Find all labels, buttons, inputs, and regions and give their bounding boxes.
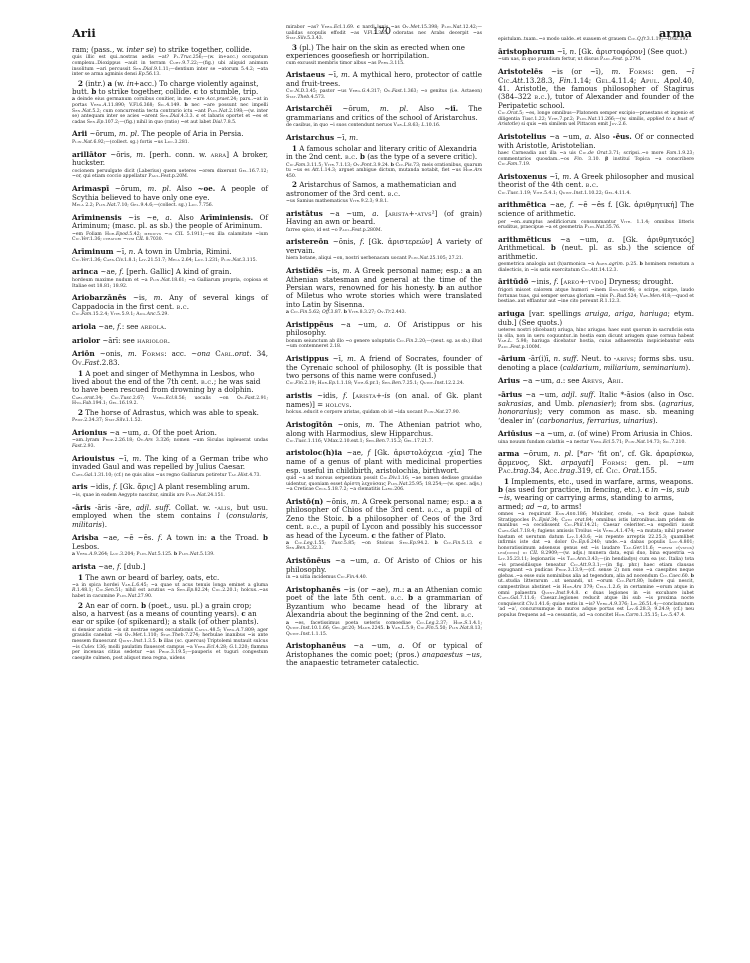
text-run: Cic. (72, 258, 81, 263)
text-run: ~ī, (325, 70, 341, 79)
text-run: ~a ~um, (331, 556, 374, 565)
entry-definition: aris ~idis, f. [Gk. ἄρις] A plant resemb… (72, 483, 268, 492)
entry-citations: ~em Foliam Hor.Epod.5.42; medicvs ~is CI… (72, 232, 268, 243)
text-run: 9.2.3; 9.8.1. (361, 199, 389, 204)
text-run: Plin. (441, 25, 452, 30)
text-run: Sen. (177, 588, 187, 593)
entry-definition: Ariobarzānēs ~is, m. Any of several king… (72, 294, 268, 311)
headword: Aristotelius (498, 132, 546, 141)
text-run: ~a ~um, (551, 235, 608, 244)
text-run: Tac. (567, 557, 577, 562)
entry-definition: ariolor ~ārī: see hariolor. (72, 337, 268, 346)
text-run: Liv. (498, 557, 507, 562)
text-run: Stat. (105, 418, 116, 423)
text-run: 5.4.1; (544, 191, 559, 196)
text-run: Vitr. (354, 381, 365, 386)
entry-citations: a deinde eius germanum cornibus conitier… (72, 97, 268, 125)
text-run: p.100M. (522, 345, 541, 350)
text-run: 8.2909;—(w. adjs.) munera data, equi duo… (538, 551, 694, 556)
text-run: Hor. (453, 621, 464, 626)
text-run: 1.110; (143, 633, 160, 638)
text-run: ~ōris, (106, 150, 136, 159)
text-run: 3.10. (583, 157, 605, 162)
text-run: 3.45; pastor ~us (305, 89, 349, 94)
text-run: 60. (682, 574, 691, 579)
text-run: ~is (or ~ī), (543, 67, 612, 76)
text-run: Tusc. (295, 439, 307, 444)
text-run: ~a ~um, (323, 209, 372, 218)
text-run: ueteres nostri (dicebant) ariuga, hinc a… (498, 328, 694, 339)
text-run: Nat. (399, 482, 409, 487)
text-run: Inst. (574, 191, 584, 196)
text-run: Ars (145, 438, 153, 443)
dictionary-page: Arii 170 arma ram; (pass., w. inter se) … (72, 0, 692, 963)
dictionary-entry: Aristarchus ~ī, m.1 A famous scholar and… (286, 134, 482, 205)
text-run: Ben. (376, 439, 387, 444)
text-run: ~ārī: see (100, 336, 137, 345)
text-run: Dial. (213, 120, 224, 125)
text-run: adjl. suff. (561, 390, 595, 399)
entry-citations: a Cic.Leg.1.55; Tusc.5.85; ~on Stoicus S… (286, 541, 482, 552)
headword: Aristarchus (286, 133, 334, 142)
entry-definition: Arisba ~ae, ~ē ~ēs. f. A town in: a the … (72, 534, 268, 551)
entry-citations: Cic.Tusc.1.19; Vitr.5.4.1; Quint.Inst.1.… (498, 191, 694, 197)
text-run: Civ. (116, 258, 125, 263)
text-run: 7.19. (519, 162, 531, 167)
text-run: Ann. (566, 512, 577, 517)
text-run: Var. (392, 626, 402, 631)
text-run: 2.2; (84, 203, 96, 208)
text-run: m. (343, 266, 352, 275)
text-run: Gel. (332, 626, 342, 631)
text-run: Fin. (295, 381, 304, 386)
text-run: 2.93. (83, 444, 95, 449)
text-run: Cic. (498, 162, 507, 167)
text-run: m. pl. (147, 184, 171, 193)
text-run: Pl. (610, 294, 617, 299)
text-run: Ecl. (603, 440, 612, 445)
text-run: 5.29. (157, 312, 169, 317)
entry-citations: frigori miscet calorem atque humori ~ine… (498, 288, 694, 305)
text-run: Luc. (195, 258, 205, 263)
entry-definition: Aristarchus ~ī, m. (286, 134, 482, 143)
text-run: m. (347, 354, 356, 363)
text-run: Gel. (605, 191, 615, 196)
text-run: quis illic est qui..nostras aedis ~at? (72, 55, 173, 60)
text-run: 4.28; (216, 645, 229, 650)
text-run: 1.3.5. (144, 639, 159, 644)
text-run: duas legiones in ~is excubare iubet (588, 591, 694, 596)
headword: Aristophanēs (286, 585, 341, 594)
text-run: -atvs (415, 209, 432, 218)
text-run: ~onis, (333, 420, 366, 429)
entry-definition: Ariūsius ~a ~um, a. (of wine) From Arius… (498, 430, 694, 439)
text-run: Nat. (232, 258, 242, 263)
text-run: p.27M. (624, 57, 642, 62)
text-run: 2.91; (256, 396, 268, 401)
text-run: A Greek personal name; esp.: (360, 497, 471, 506)
text-run: 5.18.7.2; ~a clematitis (328, 487, 382, 492)
text-run: Vitr. (110, 312, 121, 317)
text-run: Cic. (581, 268, 590, 273)
text-run: ona (197, 349, 210, 358)
entry-citations: ~a in spica hordei Var.L.6.45; ~a quae u… (72, 583, 268, 600)
text-run: 10.16. (426, 123, 441, 128)
headword: ariuga (498, 309, 525, 318)
text-run: Hist. (238, 473, 249, 478)
dictionary-entry: Ariouistus ~ī, m. The king of a German t… (72, 455, 268, 479)
text-run: Ver. (81, 237, 90, 242)
text-run: Verg. (603, 529, 616, 534)
text-run: Sen. (160, 114, 170, 119)
text-run: Gal. (510, 529, 519, 534)
entry-definition: aristātus ~a ~um, a. [arista+-atvs²] (of… (286, 210, 482, 227)
text-run: 15.398; (421, 25, 441, 30)
text-run: Cic. (416, 621, 425, 626)
entry-definition: Aristōnēus ~a ~um, a. Of Aristo of Chios… (286, 557, 482, 574)
text-run: 136; molli paulatim flauescet campus ~a (95, 645, 195, 650)
text-run: 5.50; (435, 626, 449, 631)
text-run: Vitr. (548, 117, 559, 122)
text-run: b (691, 574, 694, 579)
text-run: Caes. (498, 529, 510, 534)
entry-definition: Aristarchēī ~ōrum, m. pl. Also ~iī. The … (286, 105, 482, 122)
entry-citations: quid ~a ad morsus serpentium possit Cic.… (286, 476, 482, 493)
entry-definition: arista ~ae, f. [dub.] (72, 563, 268, 572)
text-run: Off. (322, 310, 330, 315)
text-run: Part. (626, 579, 637, 584)
text-run: Gel. (404, 439, 414, 444)
text-run: ad ~a (526, 502, 547, 511)
text-run: The people of Aria in Persia. (139, 129, 243, 138)
text-run: Nat. (161, 278, 171, 283)
headword: Ariōn (72, 349, 95, 358)
dictionary-entry: Arii ~ōrum, m. pl. The people of Aria in… (72, 130, 268, 145)
text-run: Carm. (626, 613, 640, 618)
headword: Arionius (72, 428, 107, 437)
entry-citations: geometrica analogia aut (h)armonica ~a A… (498, 262, 694, 273)
headword: -ārium (498, 354, 526, 363)
text-run: 5.1911;—ex illa calamitate ~ium (184, 232, 268, 237)
dictionary-entry: Arimaspī ~ōrum, m. pl. Also ~oe. A peopl… (72, 185, 268, 209)
text-run: Ov. (384, 89, 392, 94)
text-run: ~a ~um, (546, 132, 585, 141)
text-run: 7.pr.2; (559, 117, 576, 122)
text-run: 1.116; V.Max.2.10.ext.1; (308, 439, 366, 444)
text-run: ~a ~um, (107, 428, 143, 437)
text-run: Fast. (392, 89, 403, 94)
text-run: Nat. (636, 440, 646, 445)
dictionary-entry: Arīminensis ~is ~e, a. Also Arīminiensis… (72, 214, 268, 243)
text-run: Cic. (498, 111, 507, 116)
text-run: -āris -āre, (91, 503, 136, 512)
text-run: Men. (650, 294, 662, 299)
text-run: Carl. (72, 396, 84, 401)
headword: aris (72, 482, 88, 491)
entry-definition: arillātor ~ōris, m. [perh. conn. w. arra… (72, 151, 268, 168)
entry-definition: Arīminum ~ī, n. A town in Umbria, Rimini… (72, 248, 268, 257)
text-run: Cic. (380, 476, 389, 481)
entry-citations: farreo spico, id est ~o Paul.Fest.p.280M… (286, 228, 482, 234)
text-run: 107.2;—(fig.) nihil in quo (ratio) ~et a… (105, 120, 213, 125)
dictionary-entry: arillātor ~ōris, m. [perh. conn. w. arra… (72, 151, 268, 180)
dictionary-entry: ram; (pass., w. inter se) to strike toge… (72, 46, 268, 125)
text-run: 2.37; (436, 621, 453, 626)
text-run: 450. (286, 174, 296, 179)
text-run: 9.264; (94, 552, 110, 557)
headword: aristātus (286, 209, 323, 218)
text-run: Orat. (668, 37, 680, 42)
text-run: 4.40. (355, 575, 367, 580)
text-run: adjl. suff. (136, 503, 171, 512)
text-run: Liv. (630, 602, 639, 607)
text-run: Enn. (609, 288, 620, 293)
entry-definition: Aristippus ~ī, m. A friend of Socrates, … (286, 355, 482, 380)
text-run: 5.9.1; (122, 312, 137, 317)
text-run: Ep. (97, 120, 105, 125)
entry-citations: a Verg.A.9.264; Luc.3.204; Plin.Nat.5.12… (72, 552, 268, 558)
entry-citations: Carl.orat.34; Cic.Tusc.2.67; Verg.Ecl.8.… (72, 396, 268, 407)
text-run: 17.21.7. (414, 439, 433, 444)
text-run: 3.9.24. (373, 163, 391, 168)
text-run: Tusc. (120, 396, 132, 401)
entry-citations: haec Carneadia aut illa ~a uis Cic.de Or… (498, 151, 694, 168)
text-run: arra (211, 150, 227, 159)
text-run: Cic. (660, 574, 669, 579)
text-run: Ben. (296, 546, 307, 551)
entry-sense: 2 (intr.) a (w. in+acc.) To charge viole… (72, 80, 268, 97)
text-run: Mela (72, 203, 84, 208)
text-run: , wearing or carrying arms, standing to … (498, 493, 674, 510)
text-run: Verg. (590, 440, 603, 445)
text-run: m. (562, 172, 571, 181)
text-run: Inst. (133, 639, 143, 644)
text-run: Hyg. (72, 401, 83, 406)
text-run: aruiga, ariga, hariuga (585, 309, 667, 318)
headword: aristereōn (286, 237, 329, 246)
text-run: 8.56; uocalis ~on (174, 396, 237, 401)
text-run: 27.90. (445, 410, 460, 415)
text-run: Verg. (153, 396, 166, 401)
entry-citations: Cic.Tusc.1.116; V.Max.2.10.ext.1; Sen.Be… (286, 439, 482, 445)
text-run: Nat. (435, 410, 445, 415)
text-run: Italic *-āsios (also in Osc. (596, 390, 694, 399)
text-run: -alis (215, 503, 231, 512)
headword: Arisba (72, 533, 99, 542)
text-run: 1.41.6; quiae estis in ~is? (535, 602, 597, 607)
text-run: [Gk. ἄρις] A plant resembling arum. (118, 482, 250, 491)
text-run: 4.149. (166, 103, 184, 108)
headword: Aristīdēs (286, 266, 323, 275)
text-run: holcus..educit e corpore aristas, quidam… (286, 410, 424, 415)
text-run: cum excussit membris timor albus ~as (286, 61, 378, 66)
text-run: Cic. (111, 396, 120, 401)
text-run: 14.21; Caesar celeriter..~a expediri ius… (584, 523, 694, 528)
entry-citations: Cic.Fam.15.2.4; Vitr.5.9.1; Aug.Anc.5.29… (72, 312, 268, 318)
entry-definition: Aristippēus ~a ~um, a. Of Aristippus or … (286, 321, 482, 338)
text-run: carbonarius, ferrarius, uinarius (539, 416, 652, 425)
text-run: 34; (95, 396, 111, 401)
text-run: Plin. (179, 552, 190, 557)
text-run: Sen. (105, 588, 115, 593)
text-run: frigori miscet calorem atque humori ~ine… (498, 288, 609, 293)
entry-definition: arma ~ōrum, n. pl. [*ar- ‘fit on’, cf. G… (498, 450, 694, 475)
text-run: : see (563, 376, 582, 385)
entry-citations: Plin.Nat.6.92;—(collect. sg.) fortis ~us… (72, 140, 268, 146)
text-run: Nat. (148, 552, 158, 557)
headword: arinca (72, 267, 98, 276)
dictionary-entry: Aristophanēs ~is (or ~ae), m.: a an Athe… (286, 586, 482, 638)
text-run: m. (136, 150, 145, 159)
text-run: Fast. (84, 358, 101, 367)
entry-citations: Mela 2.2; Plin.Nat.7.10; Gel.9.4.6;—(col… (72, 203, 268, 209)
text-run: Inst. (435, 381, 445, 386)
dictionary-entry: aristātus ~a ~um, a. [arista+-atvs²] (of… (286, 210, 482, 234)
entry-citations: a ~es, facetissimus poeta ueteris comoed… (286, 621, 482, 638)
text-run: b (263, 533, 268, 542)
text-run: Nat. (460, 626, 470, 631)
text-run: ~ī, (334, 133, 349, 142)
text-run: 35.23.11; legionariis ~is (507, 557, 567, 562)
entry-citations: Caes.Gal.1.31.10; (cf.) ne quis alius ~u… (72, 473, 268, 479)
text-run: 7.25.1; (402, 381, 420, 386)
text-run: Ep. (187, 588, 195, 593)
dictionary-entry: āritūdō ~inis, f. [areo+-tvdo] Dryness; … (498, 278, 694, 305)
headword: arillātor (72, 150, 106, 159)
dictionary-entry: Arīminum ~ī, n. A town in Umbria, Rimini… (72, 248, 268, 263)
entry-definition: āritūdō ~inis, f. [areo+-tvdo] Dryness; … (498, 278, 694, 287)
headword: aristoloc(h)ia (286, 448, 342, 457)
text-run: Luc. (110, 552, 120, 557)
text-run: ~ae, (96, 562, 117, 571)
text-run: Curt. (170, 61, 183, 66)
text-run: Cic. (564, 523, 573, 528)
headword: arista (72, 562, 96, 571)
text-run: pr.20; (342, 626, 357, 631)
text-run: caldarium, miliarium, seminarium (563, 363, 686, 372)
text-run: A town in: (162, 533, 211, 542)
entry-sense: 1 The awn or beard of barley, oats, etc. (72, 574, 268, 582)
text-run: the father of Plato. (376, 531, 446, 540)
text-run: Aristarchus of Samos, a mathematician an… (286, 180, 456, 197)
dictionary-entry: -ārius ~a ~um, adjl. suff. Italic *-āsio… (498, 391, 694, 425)
text-run: Col. (212, 588, 222, 593)
headword: Ariobarzānēs (72, 293, 126, 302)
text-run: Fin. (426, 626, 435, 631)
text-run: Cic. (606, 466, 620, 475)
text-run: 1.35.15; (640, 613, 661, 618)
text-run: 9.4.6;—(collect. sg.) (140, 203, 188, 208)
text-run: geometrica analogia aut (h)armonica ~a (498, 262, 596, 267)
text-run: Caes. (498, 596, 510, 601)
text-run: Var. (640, 294, 650, 299)
text-run: Plin. (408, 256, 419, 261)
text-run: [* (573, 449, 583, 458)
headword: Aristōnēus (286, 556, 331, 565)
dictionary-entry: aristis ~idis, f. [arista+-is (on anal. … (286, 392, 482, 416)
text-run: b.c. (461, 610, 474, 619)
text-run: Liv. (567, 535, 576, 540)
text-run: 1.8.1; (124, 258, 139, 263)
text-run: ~a ~um, (520, 376, 556, 385)
text-run: 1.1.52. (126, 418, 142, 423)
text-run: 1.231; (205, 258, 221, 263)
text-run: Ars (474, 168, 482, 173)
entry-definition: Arius ~a ~um, a.: see Arevs, Arii. (498, 377, 694, 386)
dictionary-entry: -ārium -ār(i)ī, n. suff. Neut. to -arivs… (498, 355, 694, 372)
text-run: [perh. Gallic] A kind of grain. (124, 267, 232, 276)
text-run: uina nouum fundam calathis ~a nectar (498, 440, 590, 445)
text-run: ~is, (126, 293, 153, 302)
text-run: ~ī, (114, 247, 129, 256)
text-run: : acc. ~ (164, 349, 197, 358)
text-run: Pl. (173, 55, 180, 60)
text-run: : see (122, 322, 141, 331)
headword: -āris (72, 503, 91, 512)
text-run: Cic. (96, 588, 105, 593)
text-run: p.280M. (363, 228, 382, 233)
text-run: epistulam..tuam..~o modo ualde..et suaue… (498, 37, 628, 42)
text-run: ~um uas, in quo prandium fertur, ut disc… (498, 57, 600, 62)
text-run: Mela (168, 258, 180, 263)
entry-definition: ariola ~ae, f.: see areola. (72, 323, 268, 332)
dictionary-entry: Arius ~a ~um, a.: see Arevs, Arii. (498, 377, 694, 386)
text-run: Phil. (574, 523, 584, 528)
text-run: ~is, (323, 266, 343, 275)
text-run: 1.36; (90, 237, 103, 242)
text-run: 7.210. (671, 440, 686, 445)
text-run: Pers. (378, 61, 390, 66)
text-run: 2.64; (180, 258, 195, 263)
text-run: 5.85; ~on Stoicus (344, 541, 399, 546)
text-run: Plin. (576, 117, 587, 122)
text-run: Vitr. (348, 310, 359, 315)
entry-citations: Cic.Orat.5; ~es, longe omnibus—Platonem … (498, 111, 694, 128)
text-run: 4.11.4. (615, 191, 631, 196)
text-run: 379; (581, 585, 596, 590)
text-run: [ (379, 209, 388, 218)
text-run: Ep. (579, 540, 587, 545)
text-run: 3.326; nomen ~um Siculas inpleuerat unda… (153, 438, 268, 443)
text-run: 8.7030. (144, 237, 163, 242)
text-run: 5.139. (200, 552, 215, 557)
text-run: 2.19; (304, 381, 317, 386)
entry-citations: per ~en..sumptus aedificiorum consummant… (498, 220, 694, 231)
dictionary-entry: mirabor ~as? Verg.Ecl.1.69. c nardi leni… (286, 25, 482, 66)
text-run: holcvs. (325, 400, 351, 409)
text-run: m. (341, 70, 350, 79)
text-run: Inst. (301, 626, 311, 631)
text-run: 3.281. (175, 140, 190, 145)
text-run: Also (172, 213, 200, 222)
text-run: Paul. (339, 228, 351, 233)
text-run: Cic. (286, 439, 295, 444)
text-run: farreo spico, id est ~o (286, 228, 339, 233)
headword: āritūdō (498, 277, 528, 286)
headword: ariola (72, 322, 96, 331)
text-run: 35.76. (606, 225, 621, 230)
text-run: ] Dryness; drought. (604, 277, 674, 286)
text-run: Vitr. (324, 163, 335, 168)
text-run: Vitr. (533, 191, 544, 196)
entry-citations: hordeum maxime nudum et ~a Plin.Nat.18.6… (72, 278, 268, 289)
text-run: Plin. (625, 440, 636, 445)
text-run: Quint. (286, 626, 301, 631)
entry-definition: -āris -āris -āre, adjl. suff. Collat. w.… (72, 504, 268, 529)
entry-citations: cum excussit membris timor albus ~as Per… (286, 61, 482, 67)
text-run (621, 67, 629, 76)
text-run: b.c. (586, 180, 599, 189)
